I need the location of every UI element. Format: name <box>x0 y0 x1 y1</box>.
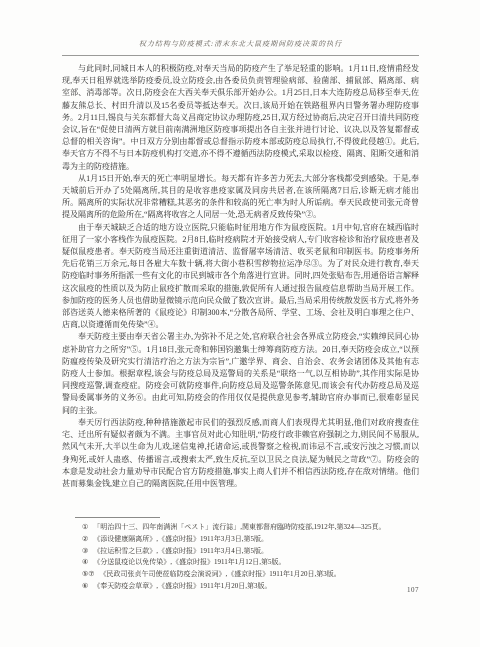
footnote-text: 「明治四十三、四年南满洲「ペスト」流行誌」,関東都督府臨時防疫部,1912年,第… <box>93 522 419 534</box>
footnote: ③ 《拉运积雪之巨款》,《盛京时报》1911年3月4日,第5版。 <box>82 546 419 558</box>
book-page: 权力结构与防疫模式:清末东北大鼠疫期间防疫决策的执行 与此同时,同城日本人的积极… <box>0 0 480 647</box>
body-paragraph: 从1月15日开始,奉天的死亡率明显增长。每天都有许多苦力死去,大部分客栈都受到感… <box>62 173 419 222</box>
body-paragraph: 由于奉天城缺乏合适的地方设立医院,只能临时征用地方作为鼠疫医院。1月中旬,官府在… <box>62 222 419 332</box>
footnote-marker: ⑤⑦ <box>82 569 100 581</box>
footnote-marker: ① <box>82 522 93 534</box>
footnote-text: 《分送鼠疫论以免传染》,《盛京时报》1911年1月12日,第5版。 <box>93 557 419 569</box>
footnote-marker: ④ <box>82 557 93 569</box>
running-header: 权力结构与防疫模式:清末东北大鼠疫期间防疫决策的执行 <box>62 40 419 49</box>
body-paragraph: 奉天防疫主要由奉天省公署主办,为弥补不足之处,官府联合社会各界成立防疫会,“实赖… <box>62 331 419 416</box>
footnote: ⑥ 《奉天防疫会草章》,《盛京时报》1911年1月20日,第3版。 <box>82 581 419 593</box>
footnote-text: 《奉天防疫会草章》,《盛京时报》1911年1月20日,第3版。 <box>93 581 419 593</box>
footnote-text: 《拉运积雪之巨款》,《盛京时报》1911年3月4日,第5版。 <box>93 546 419 558</box>
footnote-text: 《民政司张贞午司使莅临防疫会演说词》,《盛京时报》1911年1月20日,第3版。 <box>100 569 419 581</box>
footnote-divider <box>75 517 160 518</box>
body-paragraph: 与此同时,同城日本人的积极防疫,对奉天当局的防疫产生了举足轻重的影响。1月11日… <box>62 63 419 173</box>
body-paragraph: 奉天厉行西法防疫,种种措施激起市民们的强烈反感,而商人们表现得尤其明显,他们对政… <box>62 417 419 490</box>
footnote-text: 《添设健康隔离所》,《盛京时报》1911年3月3日,第5版。 <box>93 534 419 546</box>
footnote: ② 《添设健康隔离所》,《盛京时报》1911年3月3日,第5版。 <box>82 534 419 546</box>
footnote-marker: ③ <box>82 546 93 558</box>
body-text: 与此同时,同城日本人的积极防疫,对奉天当局的防疫产生了举足轻重的影响。1月11日… <box>62 63 419 490</box>
footnote: ④ 《分送鼠疫论以免传染》,《盛京时报》1911年1月12日,第5版。 <box>82 557 419 569</box>
header-divider <box>62 55 419 56</box>
footnote-marker: ② <box>82 534 93 546</box>
page-number: 107 <box>407 586 419 594</box>
footnote: ⑤⑦ 《民政司张贞午司使莅临防疫会演说词》,《盛京时报》1911年1月20日,第… <box>82 569 419 581</box>
footnote: ① 「明治四十三、四年南满洲「ペスト」流行誌」,関東都督府臨時防疫部,1912年… <box>82 522 419 534</box>
footnote-marker: ⑥ <box>82 581 93 593</box>
footnotes-section: ① 「明治四十三、四年南满洲「ペスト」流行誌」,関東都督府臨時防疫部,1912年… <box>82 522 419 593</box>
